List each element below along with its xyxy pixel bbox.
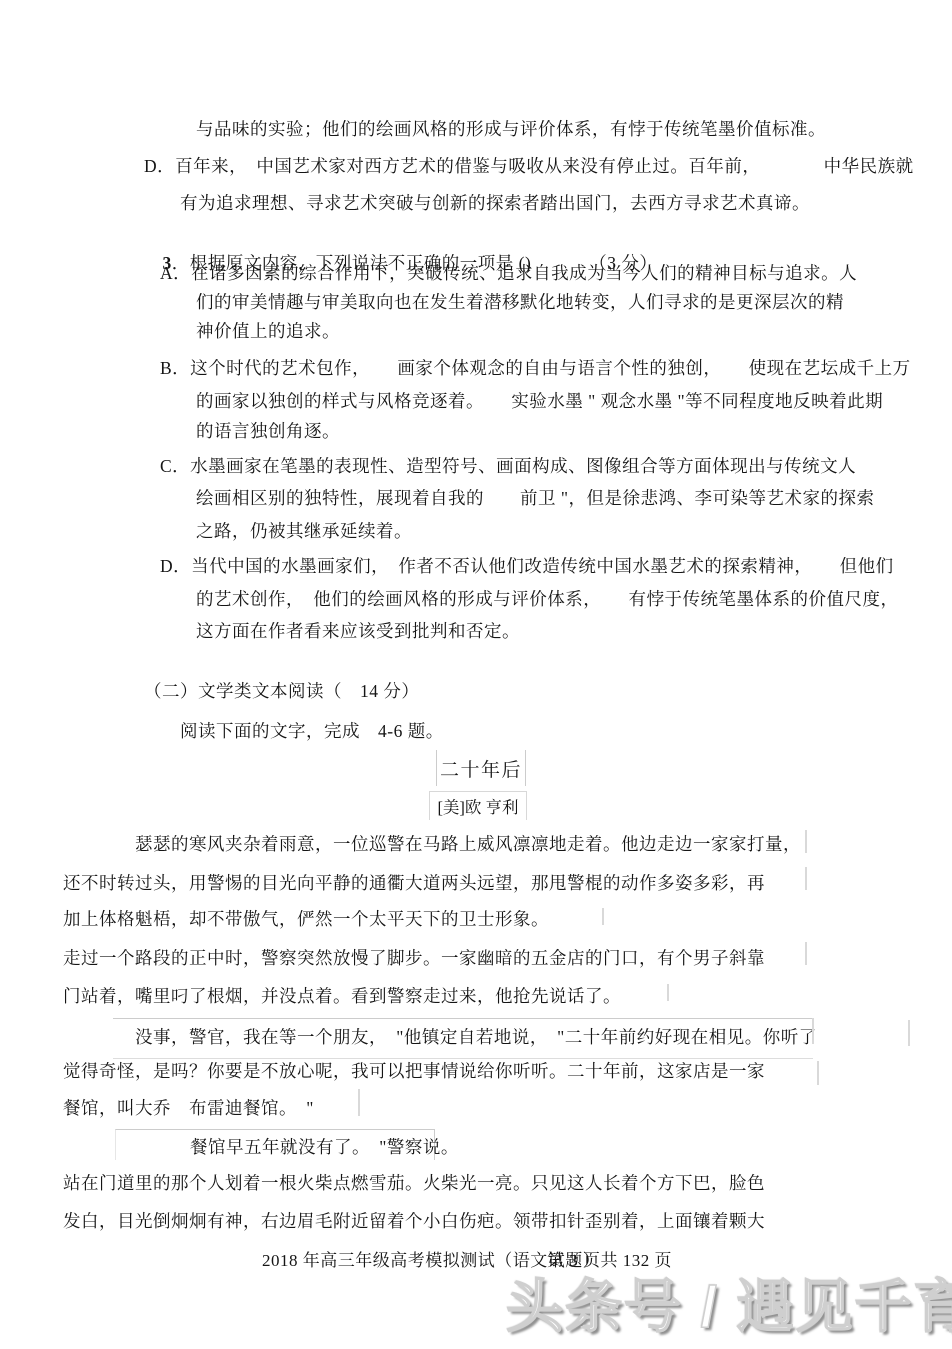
q3-option-d-line-2: 的艺术创作， 他们的绘画风格的形成与评价体系， 有悖于传统笔墨体系的价值尺度，: [196, 588, 899, 610]
passage-author: [美]欧 亨利: [429, 791, 527, 820]
section-2-instruction: 阅读下面的文字，完成 4-6 题。: [180, 720, 444, 742]
caret-artifact: [908, 1020, 910, 1046]
story-line: 没事，警官，我在等一个朋友， "他镇定自若地说， "二十年前约好现在相见。你听了: [135, 1026, 817, 1048]
story-line: 还不时转过头，用警惕的目光向平静的通衢大道两头远望，那甩警棍的动作多姿多彩，再: [63, 872, 765, 894]
caret-artifact: [358, 1089, 360, 1116]
section-2-heading: （二）文学类文本阅读（ 14 分）: [144, 680, 419, 702]
q3-option-c-line-3: 之路，仍被其继承延续着。: [196, 520, 412, 542]
story-line: 加上体格魁梧，却不带傲气，俨然一个太平天下的卫士形象。: [63, 908, 549, 930]
q3-option-a-line-2: 们的审美情趣与审美取向也在发生着潜移默化地转变，人们寻求的是更深层次的精: [196, 291, 844, 313]
toutiao-watermark: 头条号 / 遇见千育: [506, 1261, 952, 1343]
q3-option-b-line-1: B．这个时代的艺术包作， 画家个体观念的自由与语言个性的独创， 使现在艺坛成千上…: [160, 357, 911, 379]
story-line: 门站着，嘴里叼了根烟，并没点着。看到警察走过来，他抢先说话了。: [63, 985, 621, 1007]
story-line: 走过一个路段的正中时，警察突然放慢了脚步。一家幽暗的五金店的门口，有个男子斜靠: [63, 947, 765, 969]
q3-option-b-line-3: 的语言独创角逐。: [196, 420, 340, 442]
q3-option-d-line-3: 这方面在作者看来应该受到批判和否定。: [196, 620, 520, 642]
caret-artifact: [805, 942, 807, 965]
story-line: 餐馆早五年就没有了。 "警察说。: [190, 1136, 459, 1158]
story-line: 觉得奇怪，是吗？你要是不放心呢，我可以把事情说给你听听。二十年前，这家店是一家: [63, 1060, 765, 1082]
caret-artifact: [805, 867, 807, 890]
passage-title: 二十年后: [436, 750, 526, 786]
caret-artifact: [817, 1061, 819, 1085]
story-line: 瑟瑟的寒风夹杂着雨意，一位巡警在马路上威风凛凛地走着。他边走边一家家打量，: [135, 833, 801, 855]
q3-option-b-line-2: 的画家以独创的样式与风格竞逐着。 实验水墨 " 观念水墨 "等不同程度地反映着此…: [196, 390, 883, 412]
caret-artifact: [805, 830, 807, 853]
story-line: 餐馆，叫大乔 布雷迪餐馆。 ": [63, 1097, 314, 1119]
q2-option-d-line-2: 有为追求理想、寻求艺术突破与创新的探索者踏出国门，去西方寻求艺术真谛。: [180, 192, 810, 214]
q3-option-c-line-2: 绘画相区别的独特性，展现着自我的 前卫 "，但是徐悲鸿、李可染等艺术家的探索: [196, 487, 875, 509]
q3-option-a-line-3: 神价值上的追求。: [196, 320, 340, 342]
q3-option-c-line-1: C．水墨画家在笔墨的表现性、造型符号、画面构成、图像组合等方面体现出与传统文人: [160, 455, 856, 477]
q2-option-d-line-1: D．百年来， 中国艺术家对西方艺术的借鉴与吸收从来没有停止过。百年前， 中华民族…: [144, 155, 914, 177]
exam-paper-page: 与品味的实验；他们的绘画风格的形成与评价体系，有悖于传统笔墨价值标准。 D．百年…: [0, 0, 952, 1349]
q3-option-d-line-1: D．当代中国的水墨画家们， 作者不否认他们改造传统中国水墨艺术的探索精神， 但他…: [160, 555, 894, 577]
q3-option-a-line-1: A．在诸多因素的综合作用下，突破传统、追求自我成为当今人们的精神目标与追求。人: [160, 262, 857, 284]
caret-artifact: [812, 1018, 814, 1044]
story-line: 发白，目光倒炯炯有神，右边眉毛附近留着个小白伤疤。领带扣针歪别着，上面镶着颗大: [63, 1210, 765, 1232]
q2-option-tail-line: 与品味的实验；他们的绘画风格的形成与评价体系，有悖于传统笔墨价值标准。: [196, 118, 826, 140]
caret-artifact: [602, 908, 604, 925]
caret-artifact: [667, 984, 669, 1001]
story-line: 站在门道里的那个人划着一根火柴点燃雪茄。火柴光一亮。只见这人长着个方下巴，脸色: [63, 1172, 765, 1194]
